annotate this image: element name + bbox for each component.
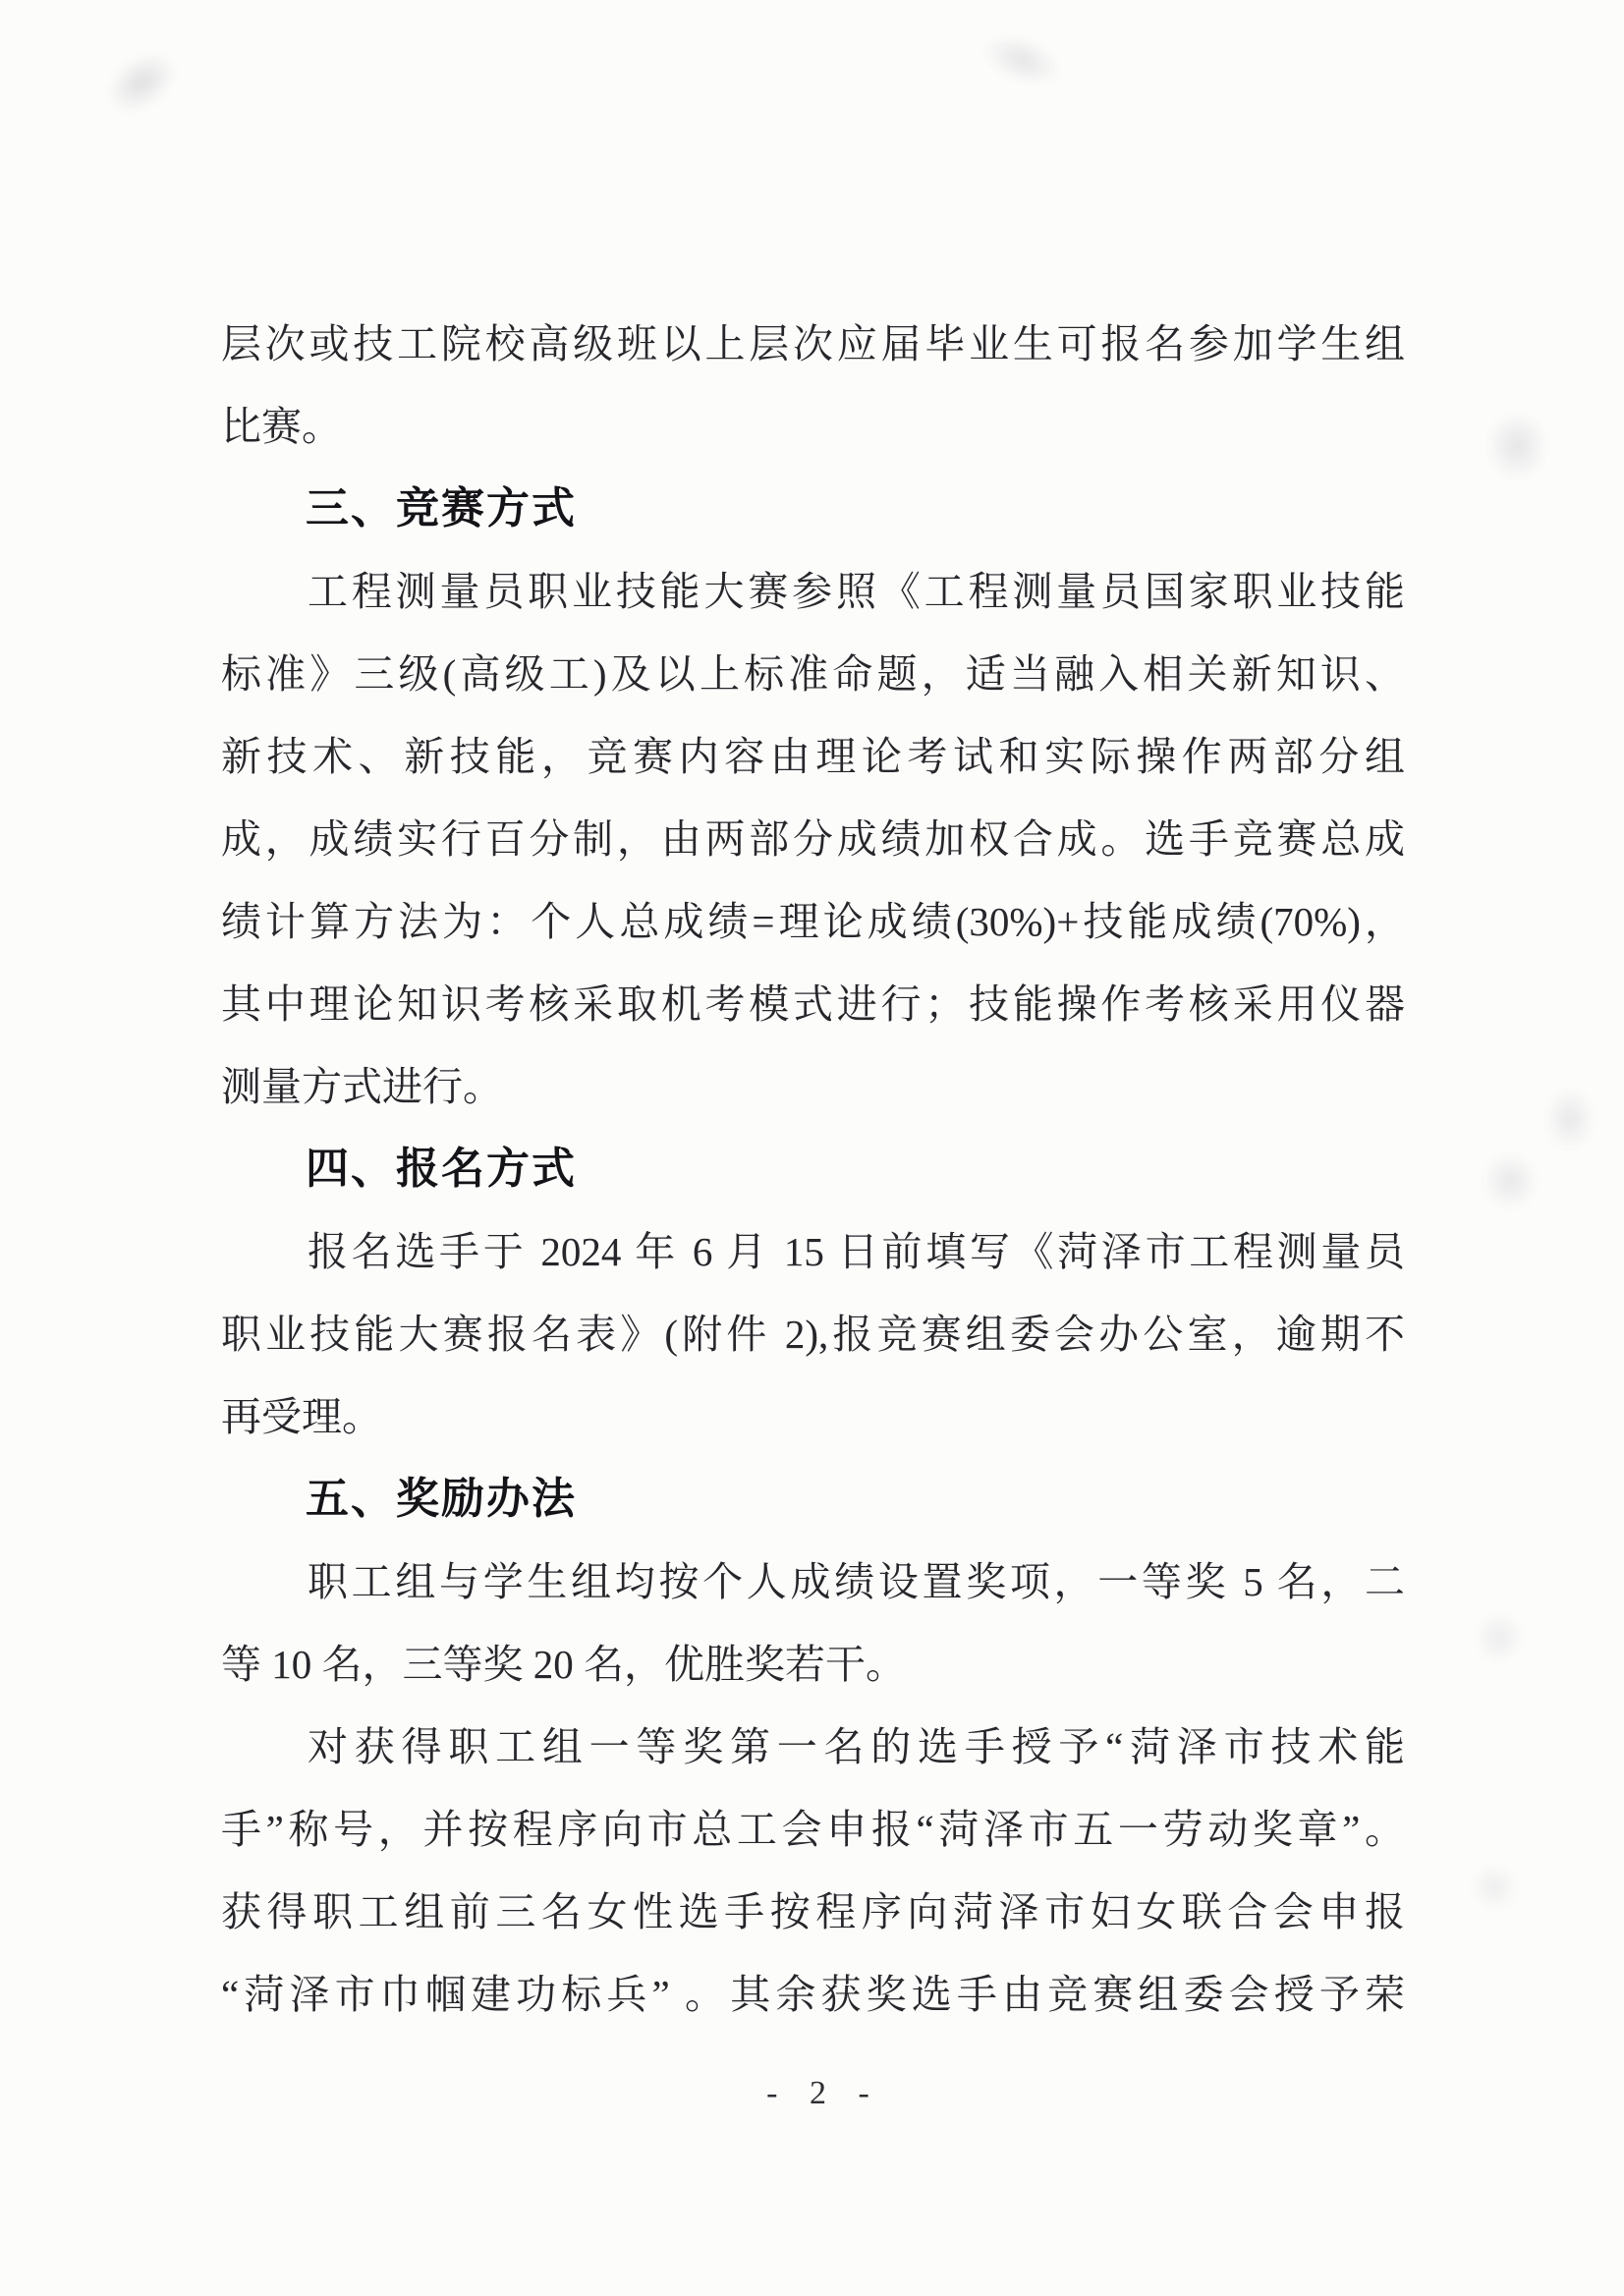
body-line: 职业技能大赛报名表》(附件 2),报竞赛组委会办公室，逾期不 <box>221 1293 1405 1375</box>
body-line: 测量方式进行。 <box>221 1045 1405 1128</box>
body-line: 比赛。 <box>221 385 1405 468</box>
body-line: 获得职工组前三名女性选手按程序向菏泽市妇女联合会申报 <box>221 1871 1405 1953</box>
body-line: 绩计算方法为：个人总成绩=理论成绩(30%)+技能成绩(70%)， <box>221 880 1405 963</box>
page-number: - 2 - <box>12 2075 1624 2112</box>
scan-smudge <box>1485 411 1548 481</box>
body-line: 手”称号，并按程序向市总工会申报“菏泽市五一劳动奖章”。 <box>221 1788 1405 1871</box>
scan-smudge <box>976 25 1069 95</box>
body-line: 成，成绩实行百分制，由两部分成绩加权合成。选手竞赛总成 <box>221 798 1405 880</box>
document-body: 层次或技工院校高级班以上层次应届毕业生可报名参加学生组 比赛。 三、竞赛方式 工… <box>221 303 1405 2036</box>
body-line: 层次或技工院校高级班以上层次应届毕业生可报名参加学生组 <box>221 303 1405 385</box>
body-line: 职工组与学生组均按个人成绩设置奖项，一等奖 5 名，二 <box>221 1540 1405 1623</box>
body-line: 再受理。 <box>221 1375 1405 1458</box>
body-line: 等 10 名，三等奖 20 名，优胜奖若干。 <box>221 1623 1405 1706</box>
body-line: 其中理论知识考核采取机考模式进行；技能操作考核采用仪器 <box>221 963 1405 1045</box>
body-line: “菏泽市巾帼建功标兵” 。其余获奖选手由竞赛组委会授予荣 <box>221 1953 1405 2036</box>
body-line: 报名选手于 2024 年 6 月 15 日前填写《菏泽市工程测量员 <box>221 1210 1405 1293</box>
body-line: 对获得职工组一等奖第一名的选手授予“菏泽市技术能 <box>221 1706 1405 1788</box>
scan-smudge <box>1470 1863 1519 1912</box>
body-line: 标准》三级(高级工)及以上标准命题，适当融入相关新知识、 <box>221 633 1405 715</box>
scan-smudge <box>1474 1611 1525 1664</box>
scanned-document-page: 层次或技工院校高级班以上层次应届毕业生可报名参加学生组 比赛。 三、竞赛方式 工… <box>0 0 1624 2296</box>
section-heading-competition-method: 三、竞赛方式 <box>221 468 1405 550</box>
section-heading-registration-method: 四、报名方式 <box>221 1128 1405 1210</box>
body-line: 新技术、新技能，竞赛内容由理论考试和实际操作两部分组 <box>221 715 1405 798</box>
body-line: 工程测量员职业技能大赛参照《工程测量员国家职业技能 <box>221 550 1405 633</box>
scan-smudge <box>1544 1087 1596 1151</box>
scan-smudge <box>1482 1151 1539 1210</box>
scan-smudge <box>94 39 188 126</box>
section-heading-award-method: 五、奖励办法 <box>221 1458 1405 1540</box>
